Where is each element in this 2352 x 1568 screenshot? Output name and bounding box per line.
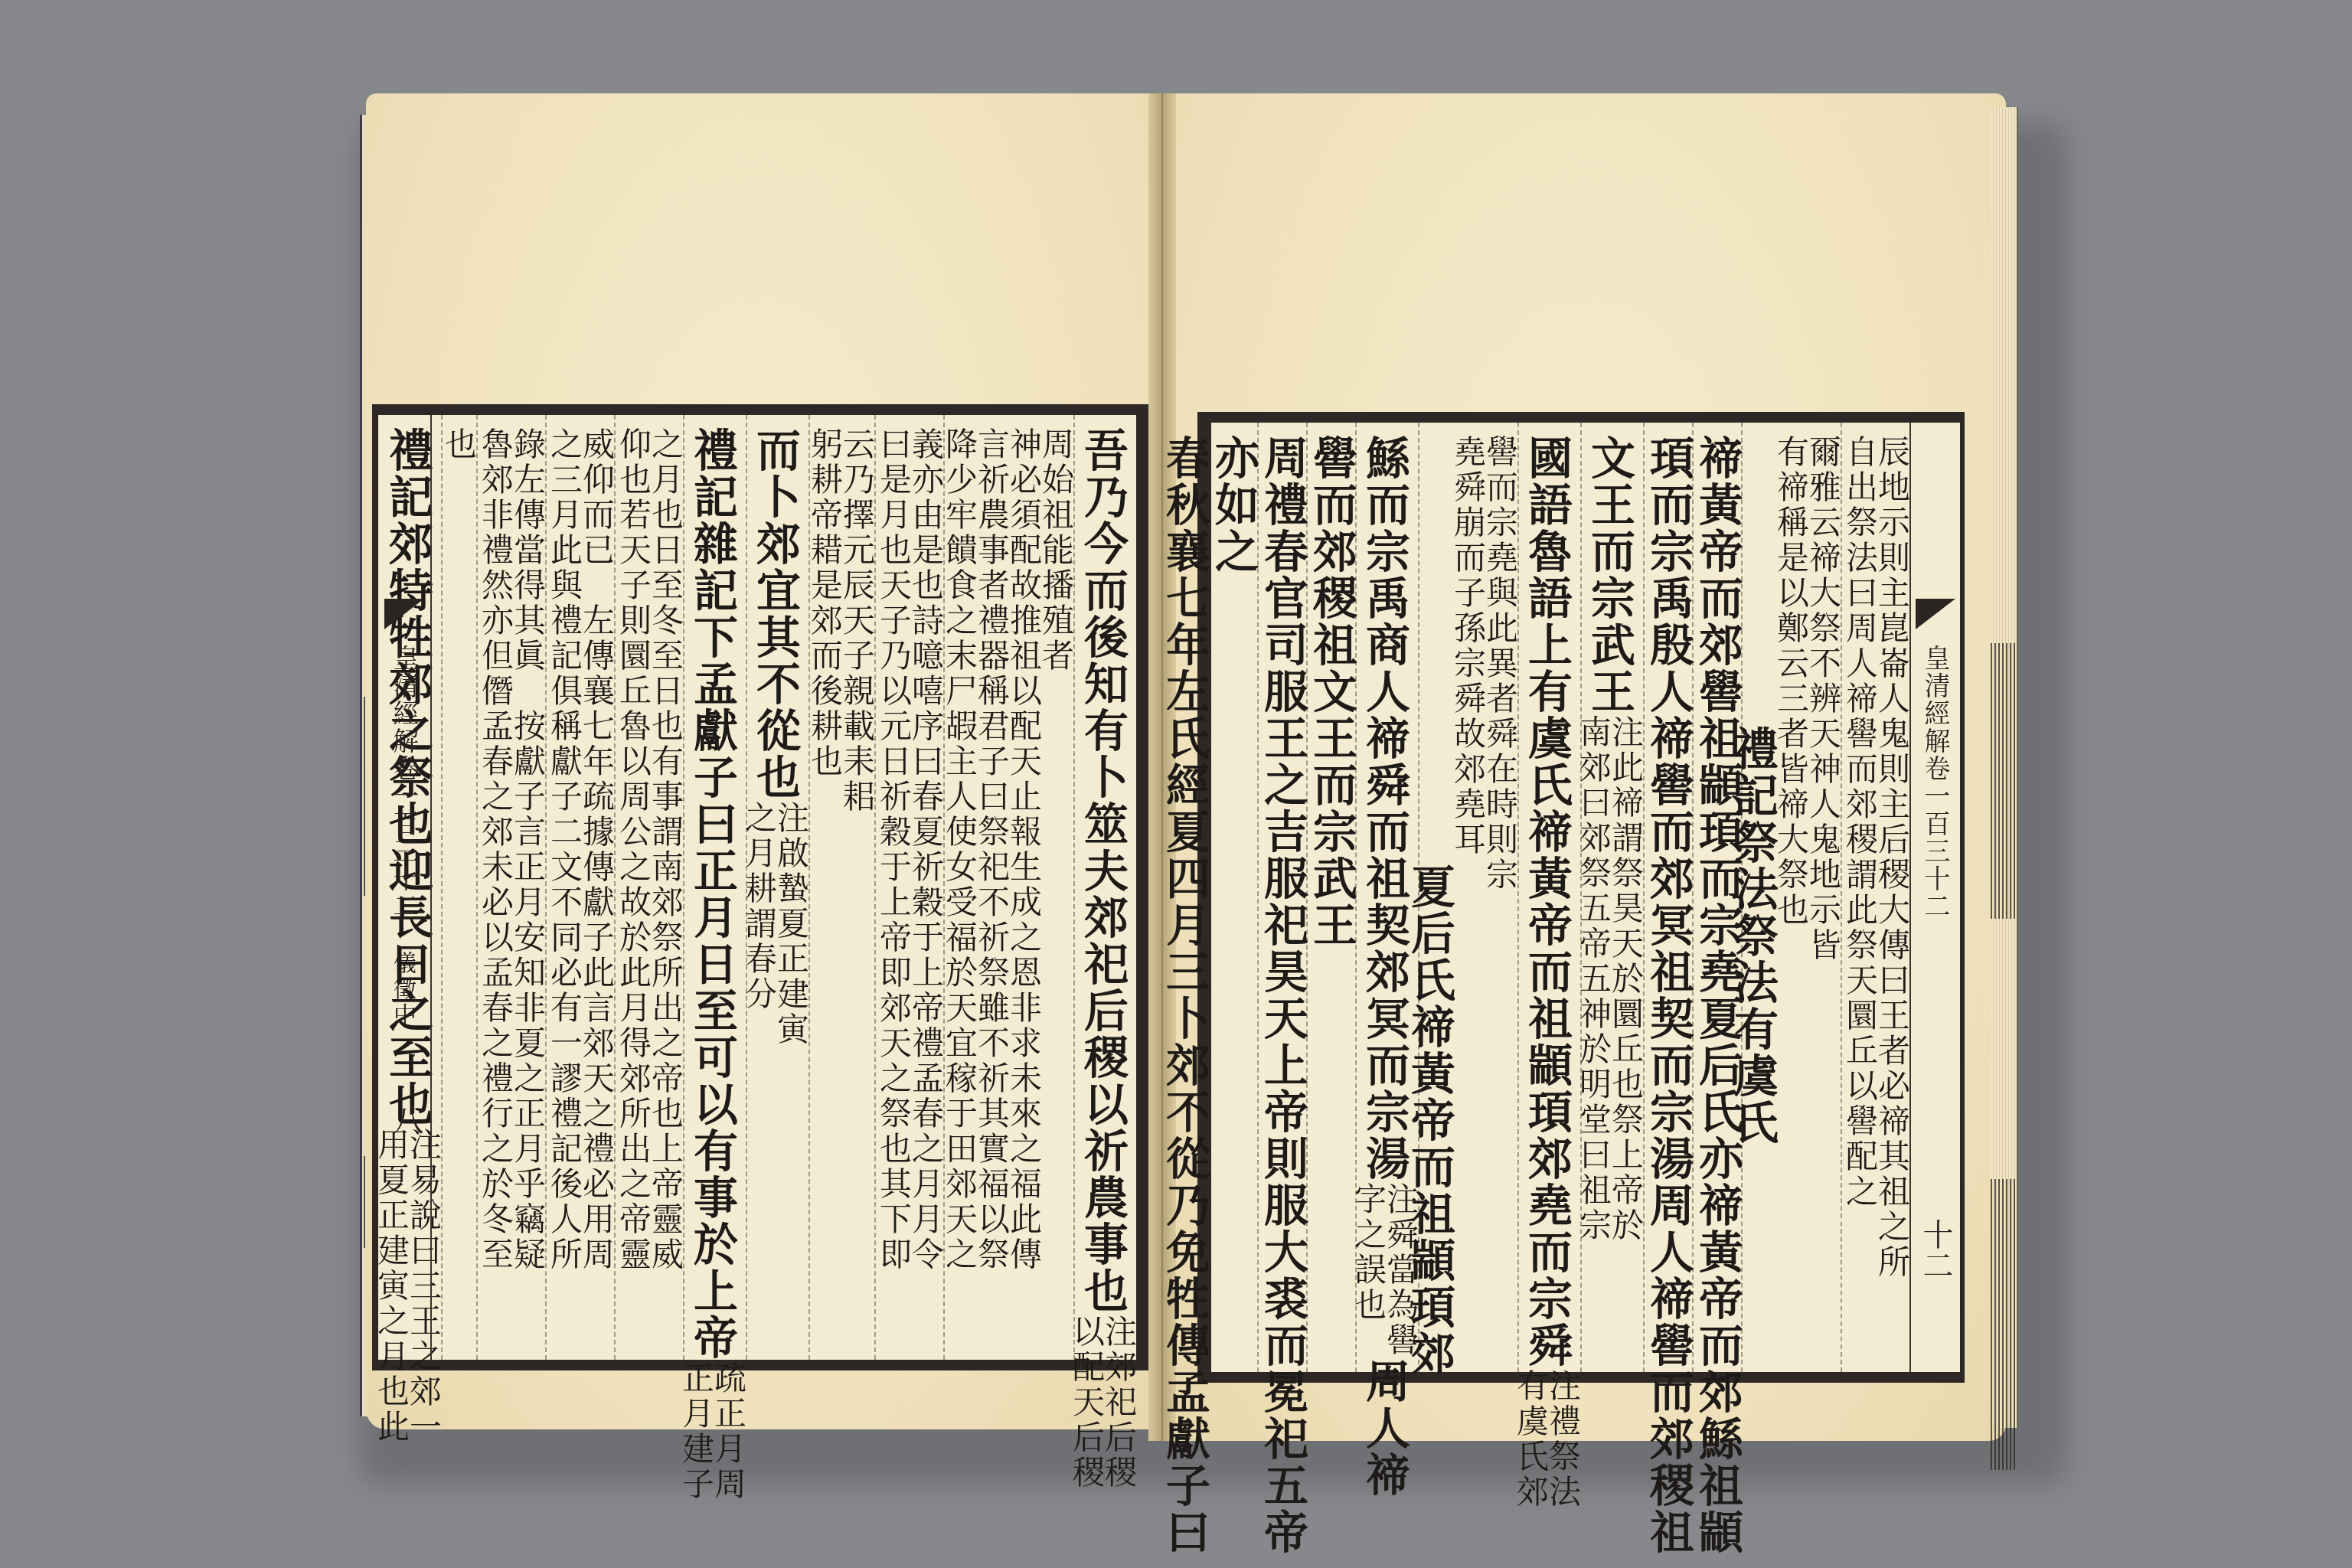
right-text-frame: 辰地示則主崑崙人鬼則主后稷大傳曰王者必禘其祖之所 自出祭法曰周人禘嚳而郊稷謂此祭… (1197, 412, 1965, 1383)
left-col-1: 周始祖能播殖者 神必須配故推祖以配天止報生成之恩非求未來之福此傳 言祈農事者禮器… (943, 415, 1073, 1360)
fishtail-mark (1916, 599, 1955, 629)
right-page-banxin: 皇清經解卷一百三十二 十二 (1909, 423, 1960, 1372)
right-col-6: 嚳而宗堯與此異者舜在時則宗 堯舜崩而子孫宗舜故郊堯耳 夏后氏禘黃帝而祖顓頊郊 (1418, 423, 1517, 1372)
annotation: 威仰而已 左傳襄七年疏據傳獻子此言郊天之禮必用周 (580, 427, 612, 1360)
main-text: 亦如之 (1211, 435, 1256, 1372)
main-text: 嚳而郊稷祖文王而宗武王 (1309, 435, 1354, 1372)
banxin-section: 儀徵中 (390, 951, 413, 1029)
main-text: 春秋襄七年左氏經夏四月三卜郊不從乃免牲傳孟獻子曰 (1162, 435, 1207, 1372)
banxin-page-number: 八 (390, 1104, 421, 1135)
right-col-11: 春秋襄七年左氏經夏四月三卜郊不從乃免牲傳孟獻子曰 (1161, 423, 1208, 1372)
annotation: 也 (443, 427, 475, 1360)
left-col-5: 禮記雜記下孟獻子曰正月日至可以有事於上帝 疏正月周 正月建子 (683, 415, 746, 1360)
left-col-0: 吾乃今而後知有卜筮夫郊祀后稷以祈農事也 注郊祀后稷 以配天后稷 (1073, 415, 1136, 1360)
main-text: 鯀而宗禹商人禘舜而祖契郊冥而宗湯 (1362, 435, 1406, 1182)
annotation: 神必須配故推祖以配天止報生成之恩非求未來之福此傳 (1008, 427, 1040, 1272)
annotation: 南郊曰郊祭五帝五神於明堂曰祖宗 (1577, 715, 1609, 1243)
left-text-frame: 吾乃今而後知有卜筮夫郊祀后稷以祈農事也 注郊祀后稷 以配天后稷 周始祖能播殖者 … (372, 404, 1148, 1370)
annotation: 之三月此與禮記俱稱獻子二文不同必有一謬禮記後人所 (548, 427, 580, 1360)
right-col-0: 辰地示則主崑崙人鬼則主后稷大傳曰王者必禘其祖之所 自出祭法曰周人禘嚳而郊稷謂此祭… (1841, 423, 1909, 1372)
right-col-4: 文王而宗武王 注此禘謂祭昊天於圜丘也祭上帝於 南郊曰郊祭五帝五神於明堂曰祖宗 (1580, 423, 1643, 1372)
left-page-banxin: 皇清經解卷一百三十二 儀徵中 八 (378, 415, 432, 1360)
annotation: 仰也若天子則圜丘魯以周公之故於此月得郊所出之帝靈 (617, 427, 649, 1360)
right-col-10: 亦如之 (1208, 423, 1257, 1372)
annotation: 正月建子 (680, 1361, 712, 1502)
right-page-edge-stack (1991, 107, 2018, 1428)
annotation: 爾雅云禘大祭不辨天神人鬼地示皆 (1807, 435, 1839, 1372)
annotation: 錄左傳當得其眞 按獻子言正月安知非夏之正月乎竊疑 (511, 427, 544, 1360)
annotation: 曰是月也天子乃以元日祈穀于上帝即郊天之祭也其下即 (877, 427, 910, 1360)
main-text: 吾乃今而後知有卜筮夫郊祀后稷以祈農事也 (1080, 427, 1125, 1315)
left-col-9: 也 (441, 415, 476, 1360)
left-col-3: 云乃擇元辰天子親載耒耜 躬耕帝耤是郊而後耕也 (808, 415, 874, 1360)
annotation: 嚳而宗堯與此異者舜在時則宗 (1484, 435, 1516, 1372)
main-text: 頊而宗禹殷人禘嚳而郊冥祖契而宗湯周人禘嚳而郊稷祖 (1646, 435, 1690, 1372)
left-col-4: 而卜郊宜其不從也 注啟蟄夏正建寅 之月耕謂春分 (746, 415, 808, 1360)
main-text: 文王而宗武王 (1587, 435, 1632, 715)
annotation: 之月也日至冬至日也有事謂南郊祭所出之帝也上帝靈威 (649, 427, 681, 1360)
annotation: 以配天后稷 (1070, 1315, 1102, 1491)
main-text: 夏后氏禘黃帝而祖顓頊郊 (1407, 435, 1452, 1372)
annotation: 自出祭法曰周人禘嚳而郊稷謂此祭天圜丘以嚳配之 (1844, 435, 1876, 1280)
annotation: 有禘稱是以鄭云三者皆禘大祭也 (1775, 435, 1807, 1372)
annotation: 疏正月周 (712, 1361, 744, 1502)
main-text: 禮記祭法祭法有虞氏 (1730, 435, 1775, 1372)
annotation: 注此禘謂祭昊天於圜丘也祭上帝於 (1609, 715, 1641, 1243)
main-text: 周禮春官司服王之吉服祀昊天上帝則服大裘而冕祀五帝 (1260, 435, 1305, 1372)
annotation: 有虞氏郊 (1514, 1369, 1547, 1510)
left-col-8: 錄左傳當得其眞 按獻子言正月安知非夏之正月乎竊疑 魯郊非禮然亦但僭孟春之郊未必以… (476, 415, 545, 1360)
right-col-9: 周禮春官司服王之吉服祀昊天上帝則服大裘而冕祀五帝 (1257, 423, 1306, 1372)
fishtail-mark (384, 599, 424, 629)
main-text: 禮記雜記下孟獻子曰正月日至可以有事於上帝 (690, 427, 734, 1361)
banxin-page-number: 十二 (1920, 1219, 1951, 1280)
left-columns: 吾乃今而後知有卜筮夫郊祀后稷以祈農事也 注郊祀后稷 以配天后稷 周始祖能播殖者 … (432, 415, 1136, 1360)
main-text: 而卜郊宜其不從也 (753, 427, 797, 801)
left-col-6: 之月也日至冬至日也有事謂南郊祭所出之帝也上帝靈威 仰也若天子則圜丘魯以周公之故於… (614, 415, 683, 1360)
main-text: 國語魯語上有虞氏禘黃帝而祖顓頊郊堯而宗舜 (1524, 435, 1569, 1369)
annotation: 周始祖能播殖者 (1040, 427, 1072, 674)
annotation: 魯郊非禮然亦但僭孟春之郊未必以孟春之禮行之於冬至 (479, 427, 511, 1360)
banxin-title: 皇清經解卷一百三十二 (1922, 645, 1948, 920)
edge-ink-mark (1991, 1179, 2015, 1470)
right-col-5: 國語魯語上有虞氏禘黃帝而祖顓頊郊堯而宗舜 注禮祭法 有虞氏郊 (1517, 423, 1580, 1372)
annotation: 義亦由是也詩噫嘻序曰春夏祈穀于上帝禮孟春之月月令 (910, 427, 942, 1360)
annotation: 堯舜崩而子孫宗舜故郊堯耳 (1452, 435, 1484, 1372)
main-text: 周人禘 (1362, 1358, 1406, 1498)
annotation: 注啟蟄夏正建寅 (775, 801, 807, 1047)
left-col-7: 威仰而已 左傳襄七年疏據傳獻子此言郊天之禮必用周 之三月此與禮記俱稱獻子二文不同… (545, 415, 614, 1360)
annotation: 躬耕帝耤是郊而後耕也 (808, 427, 841, 815)
right-col-3: 頊而宗禹殷人禘嚳而郊冥祖契而宗湯周人禘嚳而郊稷祖 (1643, 423, 1692, 1372)
left-col-2: 義亦由是也詩噫嘻序曰春夏祈穀于上帝禮孟春之月月令 曰是月也天子乃以元日祈穀于上帝… (874, 415, 943, 1360)
annotation: 辰地示則主崑崙人鬼則主后稷大傳曰王者必禘其祖之所 (1876, 435, 1908, 1280)
right-columns: 辰地示則主崑崙人鬼則主后稷大傳曰王者必禘其祖之所 自出祭法曰周人禘嚳而郊稷謂此祭… (1211, 423, 1909, 1372)
right-col-1: 爾雅云禘大祭不辨天神人鬼地示皆 有禘稱是以鄭云三者皆禘大祭也 禮記祭法祭法有虞氏 (1741, 423, 1841, 1372)
annotation: 字之誤也 (1352, 1182, 1384, 1358)
annotation: 言祈農事者禮器稱君子曰祭祀不祈祭雖不祈其實福以祭 (975, 427, 1008, 1272)
annotation: 注禮祭法 (1547, 1369, 1579, 1510)
edge-ink-mark (1991, 643, 2015, 919)
annotation: 注郊祀后稷 (1102, 1315, 1135, 1491)
banxin-title: 皇清經解卷一百三十二 (390, 645, 416, 920)
right-col-8: 嚳而郊稷祖文王而宗武王 (1306, 423, 1355, 1372)
annotation: 之月耕謂春分 (743, 801, 775, 1047)
annotation: 云乃擇元辰天子親載耒耜 (841, 427, 873, 815)
annotation: 降少牢饋食之末尸嘏主人使女受福於天宜稼于田郊天之 (943, 427, 975, 1272)
